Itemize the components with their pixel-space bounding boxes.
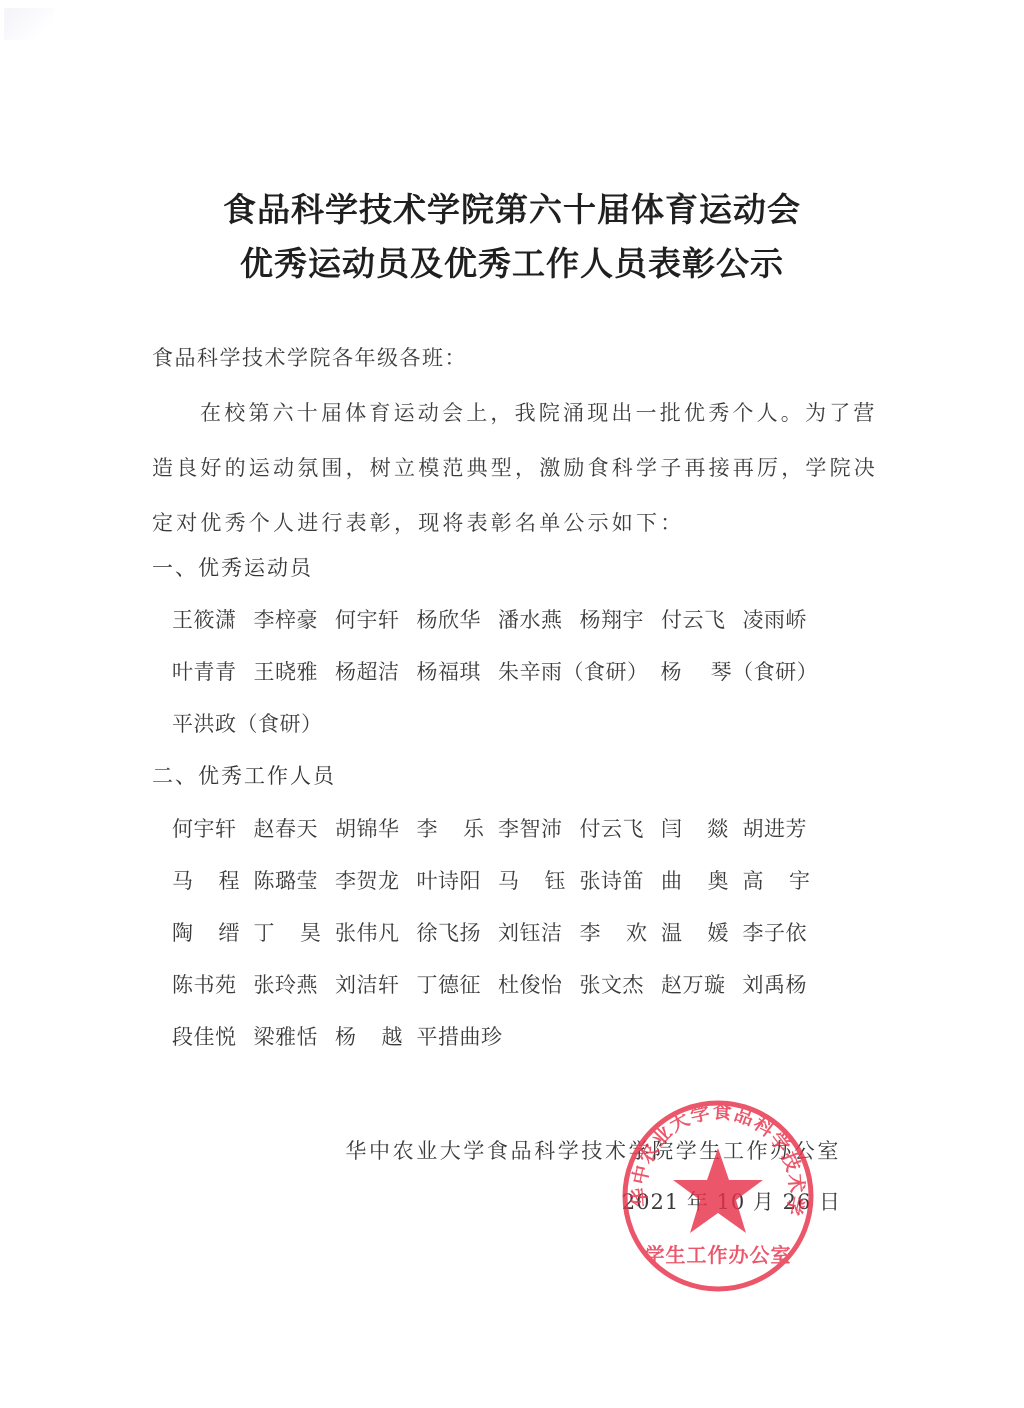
honoree-name: 朱辛雨（食研） <box>498 659 649 685</box>
honoree-name: 杨欣华 <box>417 607 499 633</box>
honoree-name: 李子依 <box>743 920 825 946</box>
honoree-name: 徐飞扬 <box>417 920 499 946</box>
document-title-line-2: 优秀运动员及优秀工作人员表彰公示 <box>0 238 1024 285</box>
honoree-name: 李智沛 <box>498 816 580 842</box>
honoree-name: 胡锦华 <box>335 816 417 842</box>
honoree-name: 付云飞 <box>580 816 662 842</box>
document-title-line-1: 食品科学技术学院第六十届体育运动会 <box>0 184 1024 231</box>
honoree-name: 陈书苑 <box>172 972 254 998</box>
honoree-name: 闫燚 <box>661 816 729 842</box>
honoree-name: 高宇 <box>743 868 811 894</box>
honoree-name: 付云飞 <box>661 607 743 633</box>
issue-date: 2021 年 10 月 26 日 <box>622 1186 841 1216</box>
honoree-name: 丁昊 <box>254 920 322 946</box>
honoree-name: 叶青青 <box>172 659 254 685</box>
athlete-name-list: 王筱潇李梓豪何宇轩杨欣华潘水燕杨翔宇付云飞凌雨峤叶青青王晓雅杨超洁杨福琪朱辛雨（… <box>172 607 832 737</box>
honoree-name: 叶诗阳 <box>417 868 499 894</box>
honoree-name: 杨翔宇 <box>580 607 662 633</box>
section-heading-athletes: 一、优秀运动员 <box>152 555 313 581</box>
honoree-name: 张玲燕 <box>254 972 336 998</box>
honoree-name: 段佳悦 <box>172 1024 254 1050</box>
honoree-name: 曲奥 <box>661 868 729 894</box>
honoree-name: 杨 琴（食研） <box>661 659 819 685</box>
honoree-name: 张文杰 <box>580 972 662 998</box>
section-heading-staff: 二、优秀工作人员 <box>152 763 336 789</box>
honoree-name: 张诗笛 <box>580 868 662 894</box>
honoree-name: 马钰 <box>498 868 566 894</box>
seal-bottom-text: 学生工作办公室 <box>645 1243 792 1267</box>
honoree-name: 赵春天 <box>254 816 336 842</box>
honoree-name: 杨超洁 <box>335 659 417 685</box>
honoree-name: 李贺龙 <box>335 868 417 894</box>
honoree-name: 刘洁轩 <box>335 972 417 998</box>
honoree-name: 刘禹杨 <box>743 972 825 998</box>
salutation: 食品科学技术学院各年级各班： <box>152 345 467 371</box>
body-line-2: 造良好的运动氛围，树立模范典型，激励食科学子再接再厉，学院决 <box>152 455 878 481</box>
honoree-name: 李梓豪 <box>254 607 336 633</box>
honoree-name: 李欢 <box>580 920 648 946</box>
body-line-3: 定对优秀个人进行表彰，现将表彰名单公示如下： <box>152 510 684 536</box>
honoree-name: 张伟凡 <box>335 920 417 946</box>
honoree-name: 平洪政（食研） <box>172 711 323 737</box>
honoree-name: 杨福琪 <box>417 659 499 685</box>
honoree-name: 刘钰洁 <box>498 920 580 946</box>
honoree-name: 何宇轩 <box>335 607 417 633</box>
honoree-name: 丁德征 <box>417 972 499 998</box>
honoree-name: 胡进芳 <box>743 816 825 842</box>
honoree-name: 马程 <box>172 868 240 894</box>
honoree-name: 平措曲珍 <box>417 1024 499 1050</box>
issuer-signature: 华中农业大学食品科学技术学院学生工作办公室 <box>345 1135 841 1165</box>
honoree-name: 李乐 <box>417 816 485 842</box>
body-line-1: 在校第六十届体育运动会上，我院涌现出一批优秀个人。为了营 <box>200 400 878 426</box>
honoree-name: 凌雨峤 <box>743 607 825 633</box>
honoree-name: 梁雅恬 <box>254 1024 336 1050</box>
document-page: 食品科学技术学院第六十届体育运动会 优秀运动员及优秀工作人员表彰公示 食品科学技… <box>0 0 1024 1408</box>
honoree-name: 陶缙 <box>172 920 240 946</box>
honoree-name: 杜俊怡 <box>498 972 580 998</box>
honoree-name: 王筱潇 <box>172 607 254 633</box>
staff-name-list: 何宇轩赵春天胡锦华李乐李智沛付云飞闫燚胡进芳马程陈璐莹李贺龙叶诗阳马钰张诗笛曲奥… <box>172 816 832 1050</box>
honoree-name: 潘水燕 <box>498 607 580 633</box>
scan-artifact <box>4 8 54 40</box>
honoree-name: 杨越 <box>335 1024 403 1050</box>
honoree-name: 何宇轩 <box>172 816 254 842</box>
honoree-name: 王晓雅 <box>254 659 336 685</box>
honoree-name: 赵万璇 <box>661 972 743 998</box>
honoree-name: 温媛 <box>661 920 729 946</box>
honoree-name: 陈璐莹 <box>254 868 336 894</box>
